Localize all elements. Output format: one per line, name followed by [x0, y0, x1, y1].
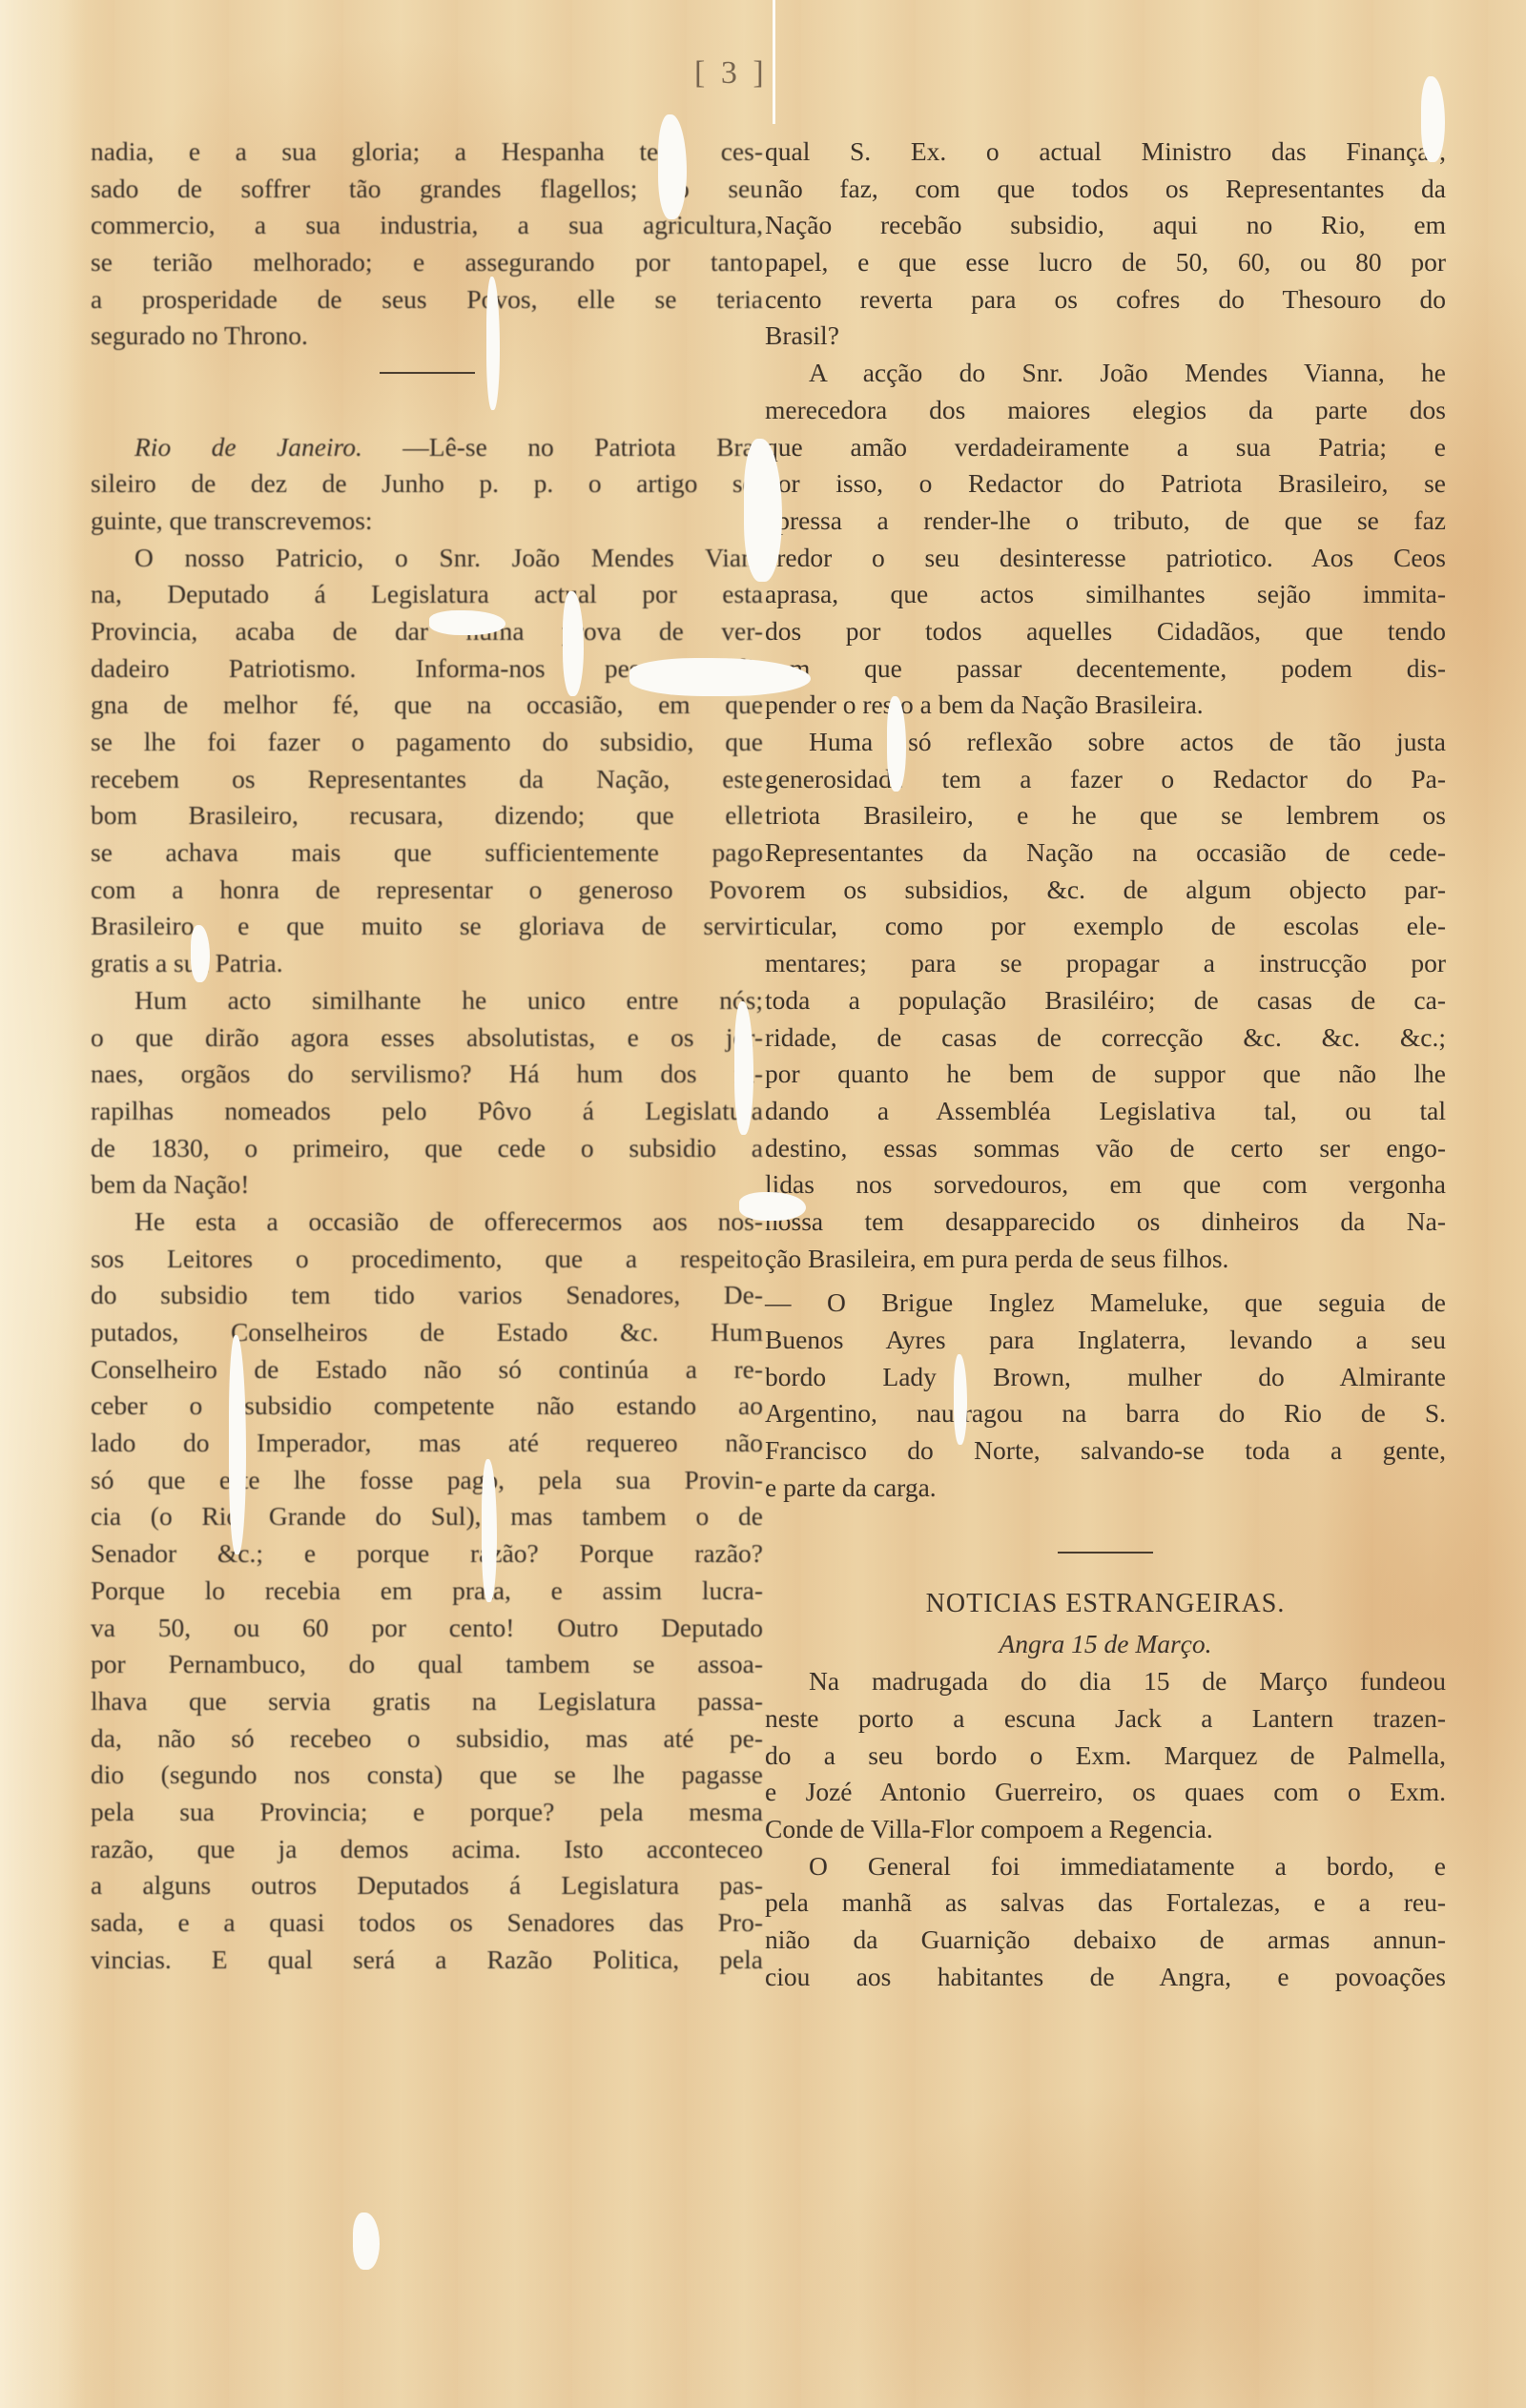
- article-dateline: Angra 15 de Março.: [765, 1625, 1446, 1663]
- text-line: da, não só recebeo o subsidio, mas até p…: [91, 1720, 763, 1758]
- text-line: bom Brasileiro, recusara, dizendo; que e…: [91, 797, 763, 834]
- paper-hole: [739, 1192, 806, 1221]
- text-line: Nação recebão subsidio, aqui no Rio, em: [765, 207, 1446, 244]
- text-line: a prosperidade de seus Povos, elle se te…: [91, 281, 763, 319]
- text-line: nião da Guarnição debaixo de armas annun…: [765, 1922, 1446, 1959]
- text-line: merecedora dos maiores elegios da parte …: [765, 392, 1446, 429]
- paper-hole: [629, 658, 811, 696]
- text-line: só que este lhe fosse pago, pela sua Pro…: [91, 1462, 763, 1499]
- text-line: Porque lo recebia em prata, e assim lucr…: [91, 1573, 763, 1610]
- text-line: credor o seu desinteresse patriotico. Ao…: [765, 540, 1446, 577]
- page-number: [ 3 ]: [694, 55, 768, 92]
- section-divider: [765, 1534, 1446, 1572]
- text-line: se lhe foi fazer o pagamento do subsidio…: [91, 724, 763, 761]
- text-line: lado do Imperador, mas até requereo não: [91, 1425, 763, 1462]
- text-line: rem os subsidios, &c. de algum objecto p…: [765, 872, 1446, 909]
- text-line: putados, Conselheiros de Estado &c. Hum: [91, 1314, 763, 1351]
- text-line: naes, orgãos do servilismo? Há hum dos f…: [91, 1056, 763, 1093]
- text-line: Na madrugada do dia 15 de Março fundeou: [765, 1663, 1446, 1700]
- text-line: guinte, que transcrevemos:: [91, 503, 763, 540]
- text-line: triota Brasileiro, e he que se lembrem o…: [765, 797, 1446, 834]
- text-line: Senador &c.; e porque razão? Porque razã…: [91, 1535, 763, 1573]
- text-line: — O Brigue Inglez Mameluke, que seguia d…: [765, 1285, 1446, 1322]
- text-line: do subsidio tem tido varios Senadores, D…: [91, 1277, 763, 1314]
- text-line: lidas nos sorvedouros, em que com vergon…: [765, 1166, 1446, 1204]
- text-line: ceber o subsidio competente não estando …: [91, 1388, 763, 1425]
- text-line: Provincia, acaba de dar huma prova de ve…: [91, 613, 763, 650]
- text-line: bordo Lady Brown, mulher do Almirante: [765, 1359, 1446, 1396]
- text-line: pender o resto a bem da Nação Brasileira…: [765, 687, 1446, 724]
- text-line: toda a população Brasiléiro; de casas de…: [765, 982, 1446, 1019]
- text-line: se achava mais que sufficientemente pago: [91, 834, 763, 872]
- text-line: bem da Nação!: [91, 1166, 763, 1204]
- text-line: dio (segundo nos consta) que se lhe paga…: [91, 1757, 763, 1794]
- left-column: nadia, e a sua gloria; a Hespanha teria …: [91, 134, 763, 1978]
- text-line: segurado no Throno.: [91, 318, 763, 355]
- text-line: Brasil?: [765, 318, 1446, 355]
- text-line: cento reverta para os cofres do Thesouro…: [765, 281, 1446, 319]
- article-dateline: Rio de Janeiro.: [134, 432, 362, 462]
- text-line: aprasa, que actos similhantes sejão immi…: [765, 576, 1446, 613]
- text-line: apressa a render-lhe o tributo, de que s…: [765, 503, 1446, 540]
- article-lead-line: Rio de Janeiro. —Lê-se no Patriota Bra-: [91, 429, 763, 466]
- text-line: na, Deputado á Legislatura actual por es…: [91, 576, 763, 613]
- text-line: recebem os Representantes da Nação, este: [91, 761, 763, 798]
- text-line: mentares; para se propagar a instrucção …: [765, 945, 1446, 982]
- text-line: lhava que servia gratis na Legislatura p…: [91, 1683, 763, 1720]
- page-edge-fade: [0, 0, 86, 2408]
- text-line: por quanto he bem de suppor que não lhe: [765, 1056, 1446, 1093]
- text-line: e Jozé Antonio Guerreiro, os quaes com o…: [765, 1774, 1446, 1811]
- text-line: qual S. Ex. o actual Ministro das Finanç…: [765, 134, 1446, 171]
- text-line: Conselheiro de Estado não só continúa a …: [91, 1351, 763, 1389]
- text-line: Conde de Villa-Flor compoem a Regencia.: [765, 1811, 1446, 1848]
- text-line: dos por todos aquelles Cidadãos, que ten…: [765, 613, 1446, 650]
- text-line: generosidade tem a fazer o Redactor do P…: [765, 761, 1446, 798]
- text-line: ciou aos habitantes de Angra, e povoaçõe…: [765, 1959, 1446, 1996]
- spacer: [765, 1277, 1446, 1285]
- text-line: O General foi immediatamente a bordo, e: [765, 1848, 1446, 1885]
- text-line: com que passar decentemente, podem dis-: [765, 650, 1446, 688]
- text-line: Argentino, naufragou na barra do Rio de …: [765, 1395, 1446, 1432]
- text-line: sada, e a quasi todos os Senadores das P…: [91, 1904, 763, 1942]
- text-line: va 50, ou 60 por cento! Outro Deputado: [91, 1610, 763, 1647]
- text-line: sos Leitores o procedimento, que a respe…: [91, 1241, 763, 1278]
- text-line: dando a Assembléa Legislativa tal, ou ta…: [765, 1093, 1446, 1130]
- text-line: destino, essas sommas vão de certo ser e…: [765, 1130, 1446, 1167]
- center-tear: [773, 0, 775, 124]
- text-line: sileiro de dez de Junho p. p. o artigo s…: [91, 465, 763, 503]
- text-line: pela manhã as salvas das Fortalezas, e a…: [765, 1884, 1446, 1922]
- text-line: por Pernambuco, do qual tambem se assoa-: [91, 1646, 763, 1683]
- text-line: Huma só reflexão sobre actos de tão just…: [765, 724, 1446, 761]
- text-line: He esta a occasião de offerecermos aos n…: [91, 1204, 763, 1241]
- text-line: a alguns outros Deputados á Legislatura …: [91, 1867, 763, 1904]
- section-heading: NOTICIAS ESTRANGEIRAS.: [765, 1583, 1446, 1625]
- text-line: A acção do Snr. João Mendes Vianna, he: [765, 355, 1446, 392]
- paper-hole: [429, 610, 505, 635]
- text-line: ticular, como por exemplo de escolas ele…: [765, 908, 1446, 945]
- text-line: cia (o Rio Grande do Sul), mas tambem o …: [91, 1498, 763, 1535]
- text-line: por isso, o Redactor do Patriota Brasile…: [765, 465, 1446, 503]
- text-line: razão, que ja demos acima. Isto accontec…: [91, 1831, 763, 1868]
- text-line: Buenos Ayres para Inglaterra, levando a …: [765, 1322, 1446, 1359]
- text-line: O nosso Patricio, o Snr. João Mendes Via…: [91, 540, 763, 577]
- text-line: ção Brasileira, em pura perda de seus fi…: [765, 1241, 1446, 1278]
- text-line: commercio, a sua industria, a sua agricu…: [91, 207, 763, 244]
- text-line: nossa tem desapparecido os dinheiros da …: [765, 1204, 1446, 1241]
- text-line: e parte da carga.: [765, 1470, 1446, 1507]
- section-divider: [91, 355, 763, 392]
- text-line: papel, e que esse lucro de 50, 60, ou 80…: [765, 244, 1446, 281]
- text-line: pela sua Provincia; e porque? pela mesma: [91, 1794, 763, 1831]
- right-column: qual S. Ex. o actual Ministro das Finanç…: [765, 134, 1446, 1995]
- text-line: ridade, de casas de correcção &c. &c. &c…: [765, 1019, 1446, 1057]
- text-line: rapilhas nomeados pelo Pôvo á Legislatur…: [91, 1093, 763, 1130]
- text-line: não faz, com que todos os Representantes…: [765, 171, 1446, 208]
- text-line: Francisco do Norte, salvando-se toda a g…: [765, 1432, 1446, 1470]
- text-line: que amão verdadeiramente a sua Patria; e: [765, 429, 1446, 466]
- text-line: do a seu bordo o Exm. Marquez de Palmell…: [765, 1738, 1446, 1775]
- text-line: com a honra de representar o generoso Po…: [91, 872, 763, 909]
- text-line: vincias. E qual será a Razão Politica, p…: [91, 1942, 763, 1979]
- text-line: de 1830, o primeiro, que cede o subsidio…: [91, 1130, 763, 1167]
- text-line: Representantes da Nação na occasião de c…: [765, 834, 1446, 872]
- text-line: o que dirão agora esses absolutistas, e …: [91, 1019, 763, 1057]
- text-line: se terião melhorado; e assegurando por t…: [91, 244, 763, 281]
- text-line: neste porto a escuna Jack a Lantern traz…: [765, 1700, 1446, 1738]
- text-line: Hum acto similhante he unico entre nós;: [91, 982, 763, 1019]
